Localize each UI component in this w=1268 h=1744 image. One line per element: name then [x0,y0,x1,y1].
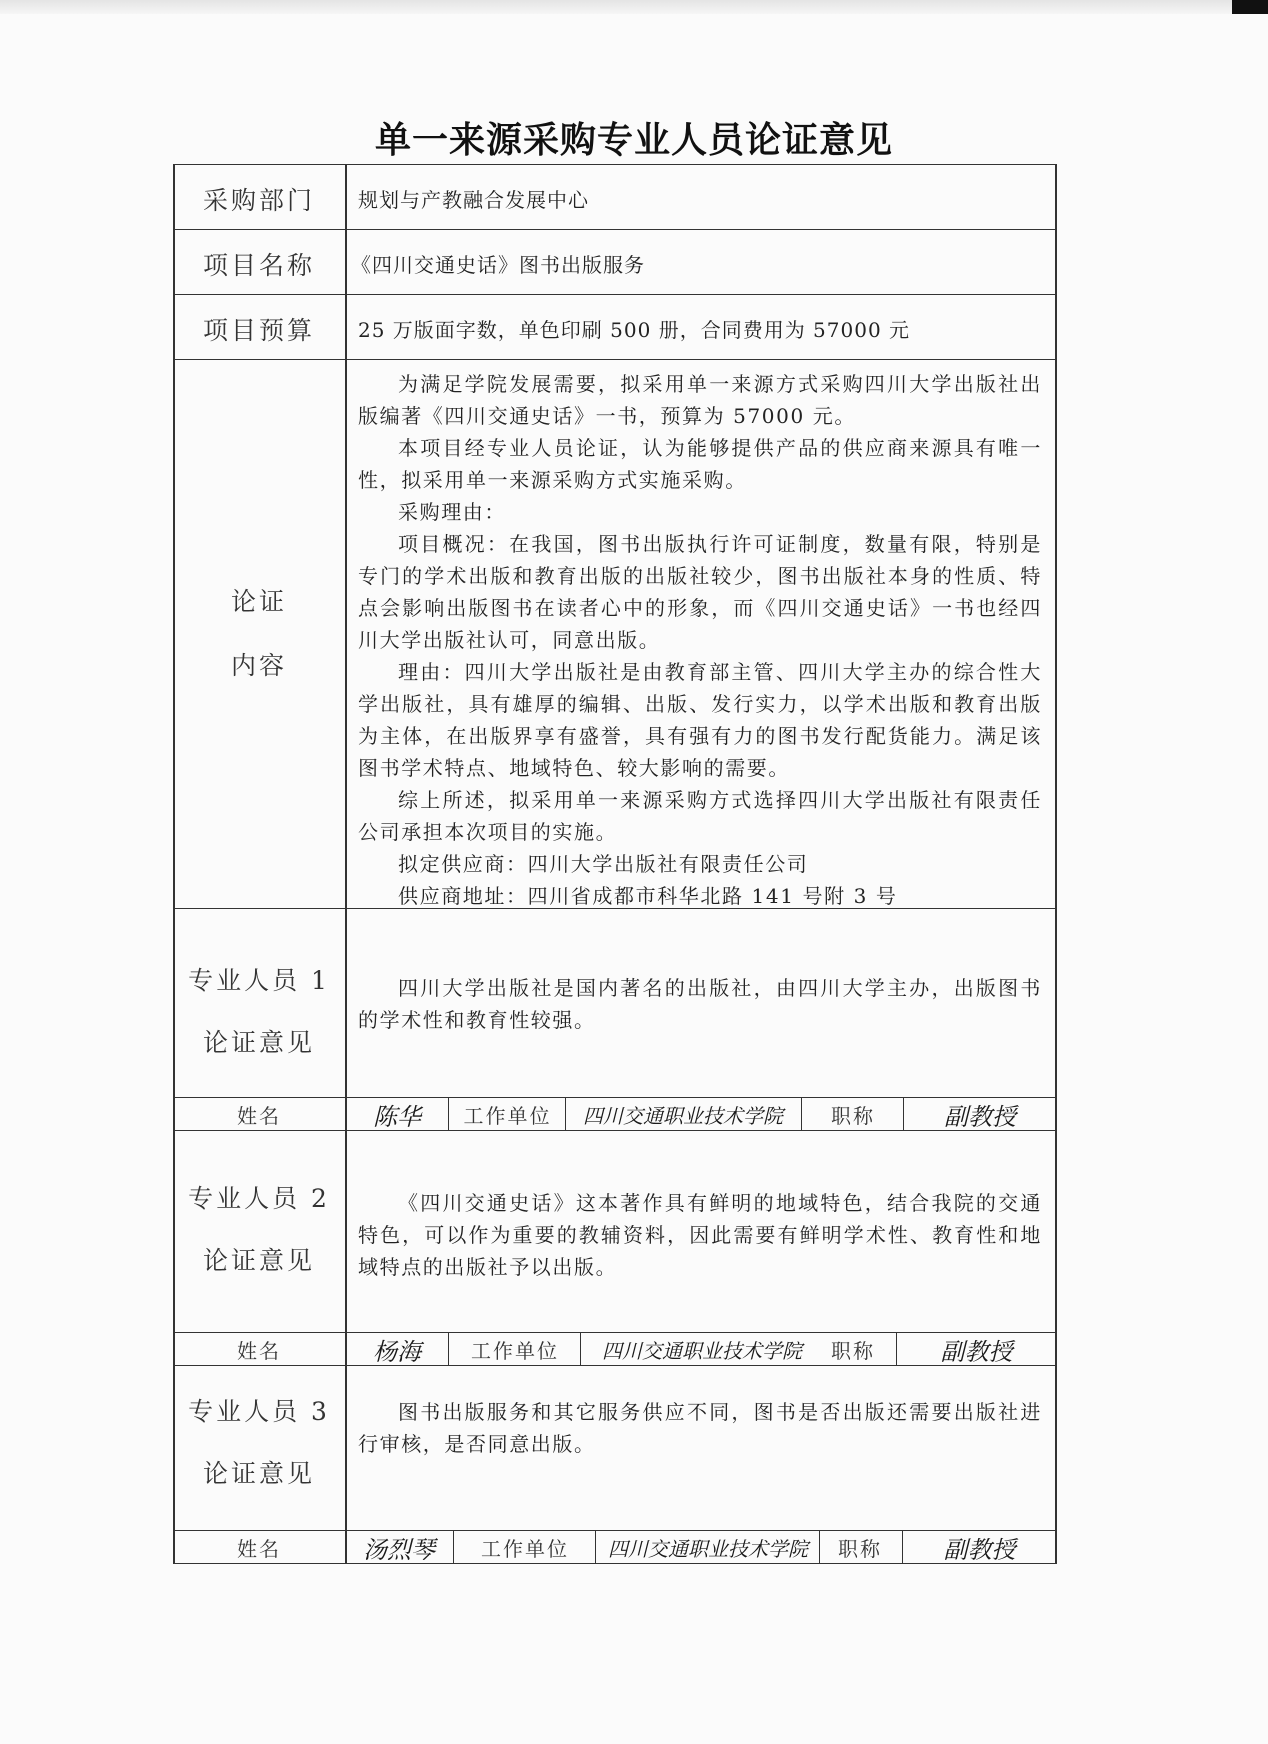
row-expert-1-opinion: 专业人员 1 论证意见 四川大学出版社是国内著名的出版社，由四川大学主办，出版图… [173,908,1056,1097]
expert-2-label-line1: 专业人员 2 [173,1179,345,1215]
row-expert-2-opinion: 专业人员 2 论证意见 《四川交通史话》这本著作具有鲜明的地域特色，结合我院的交… [173,1130,1056,1332]
expert-2-unit-label: 工作单位 [450,1333,580,1366]
expert-1-name-signature: 陈华 [349,1098,445,1131]
expert-2-unit-signature: 四川交通职业技术学院 [582,1333,822,1366]
expert-2-opinion: 《四川交通史话》这本著作具有鲜明的地域特色，结合我院的交通特色，可以作为重要的教… [358,1187,1042,1283]
budget-value: 25 万版面字数，单色印刷 500 册，合同费用为 57000 元 [358,314,1040,343]
argument-label-line2: 内容 [173,646,345,682]
scan-corner-mark [1232,0,1268,14]
expert-3-unit-label: 工作单位 [455,1531,595,1564]
expert-3-unit-signature: 四川交通职业技术学院 [597,1531,819,1564]
expert-3-title-signature: 副教授 [904,1531,1055,1564]
handwritten-name: 杨海 [373,1332,421,1367]
row-expert-3-signature: 姓名 汤烈琴 工作单位 四川交通职业技术学院 职称 副教授 [173,1530,1056,1564]
handwritten-unit: 四川交通职业技术学院 [602,1335,802,1364]
expert-1-opinion-text: 四川大学出版社是国内著名的出版社，由四川大学主办，出版图书的学术性和教育性较强。 [358,972,1042,1036]
project-name-label: 项目名称 [173,246,345,282]
handwritten-title: 副教授 [944,1097,1016,1132]
row-department: 采购部门 规划与产教融合发展中心 [173,164,1056,229]
argument-paragraph: 为满足学院发展需要，拟采用单一来源方式采购四川大学出版社出版编著《四川交通史话》… [358,368,1042,432]
handwritten-unit: 四川交通职业技术学院 [583,1100,783,1129]
expert-3-opinion-text: 图书出版服务和其它服务供应不同，图书是否出版还需要出版社进行审核，是否同意出版。 [358,1396,1042,1460]
handwritten-title: 副教授 [944,1530,1016,1565]
argument-label-line1: 论证 [173,582,345,618]
expert-1-label-line1: 专业人员 1 [173,961,345,997]
handwritten-unit: 四川交通职业技术学院 [608,1533,808,1562]
handwritten-name: 汤烈琴 [363,1530,435,1565]
expert-1-title-signature: 副教授 [905,1098,1055,1131]
expert-2-name-label: 姓名 [173,1333,345,1366]
expert-3-name-signature: 汤烈琴 [349,1531,449,1564]
expert-1-opinion: 四川大学出版社是国内著名的出版社，由四川大学主办，出版图书的学术性和教育性较强。 [358,972,1042,1036]
argument-paragraph: 本项目经专业人员论证，认为能够提供产品的供应商来源具有唯一性，拟采用单一来源采购… [358,432,1042,496]
row-argument-content: 论证 内容 为满足学院发展需要，拟采用单一来源方式采购四川大学出版社出版编著《四… [173,359,1056,908]
expert-3-label-line2: 论证意见 [173,1454,345,1490]
expert-3-label-line1: 专业人员 3 [173,1392,345,1428]
expert-3-opinion: 图书出版服务和其它服务供应不同，图书是否出版还需要出版社进行审核，是否同意出版。 [358,1396,1042,1460]
argument-paragraph: 综上所述，拟采用单一来源采购方式选择四川大学出版社有限责任公司承担本次项目的实施… [358,784,1042,848]
department-label: 采购部门 [173,181,345,217]
expert-1-title-label: 职称 [803,1098,903,1131]
budget-label: 项目预算 [173,311,345,347]
expert-1-unit-label: 工作单位 [450,1098,565,1131]
expert-3-name-label: 姓名 [173,1531,345,1564]
argument-paragraph: 理由：四川大学出版社是由教育部主管、四川大学主办的综合性大学出版社，具有雄厚的编… [358,656,1042,784]
department-value: 规划与产教融合发展中心 [358,184,1040,213]
expert-1-label-line2: 论证意见 [173,1023,345,1059]
argument-text: 为满足学院发展需要，拟采用单一来源方式采购四川大学出版社出版编著《四川交通史话》… [358,368,1042,912]
expert-2-opinion-text: 《四川交通史话》这本著作具有鲜明的地域特色，结合我院的交通特色，可以作为重要的教… [358,1187,1042,1283]
row-project-name: 项目名称 《四川交通史话》图书出版服务 [173,229,1056,294]
expert-2-name-signature: 杨海 [349,1333,445,1366]
handwritten-name: 陈华 [373,1097,421,1132]
project-name-value: 《四川交通史话》图书出版服务 [351,249,1040,278]
handwritten-title: 副教授 [941,1332,1013,1367]
expert-2-label-line2: 论证意见 [173,1241,345,1277]
argument-paragraph: 项目概况：在我国，图书出版执行许可证制度，数量有限，特别是专门的学术出版和教育出… [358,528,1042,656]
expert-2-title-signature: 副教授 [898,1333,1055,1366]
argument-paragraph: 采购理由： [358,496,1042,528]
expert-2-title-label: 职称 [813,1333,893,1366]
document-title: 单一来源采购专业人员论证意见 [0,112,1268,163]
row-expert-1-signature: 姓名 陈华 工作单位 四川交通职业技术学院 职称 副教授 [173,1097,1056,1130]
expert-1-unit-signature: 四川交通职业技术学院 [567,1098,799,1131]
expert-1-name-label: 姓名 [173,1098,345,1131]
row-expert-2-signature: 姓名 杨海 工作单位 四川交通职业技术学院 职称 副教授 [173,1332,1056,1365]
expert-3-title-label: 职称 [821,1531,899,1564]
row-expert-3-opinion: 专业人员 3 论证意见 图书出版服务和其它服务供应不同，图书是否出版还需要出版社… [173,1365,1056,1530]
supplier-name-line: 拟定供应商：四川大学出版社有限责任公司 [358,848,1042,880]
scan-edge-shadow [0,0,1232,14]
row-budget: 项目预算 25 万版面字数，单色印刷 500 册，合同费用为 57000 元 [173,294,1056,359]
